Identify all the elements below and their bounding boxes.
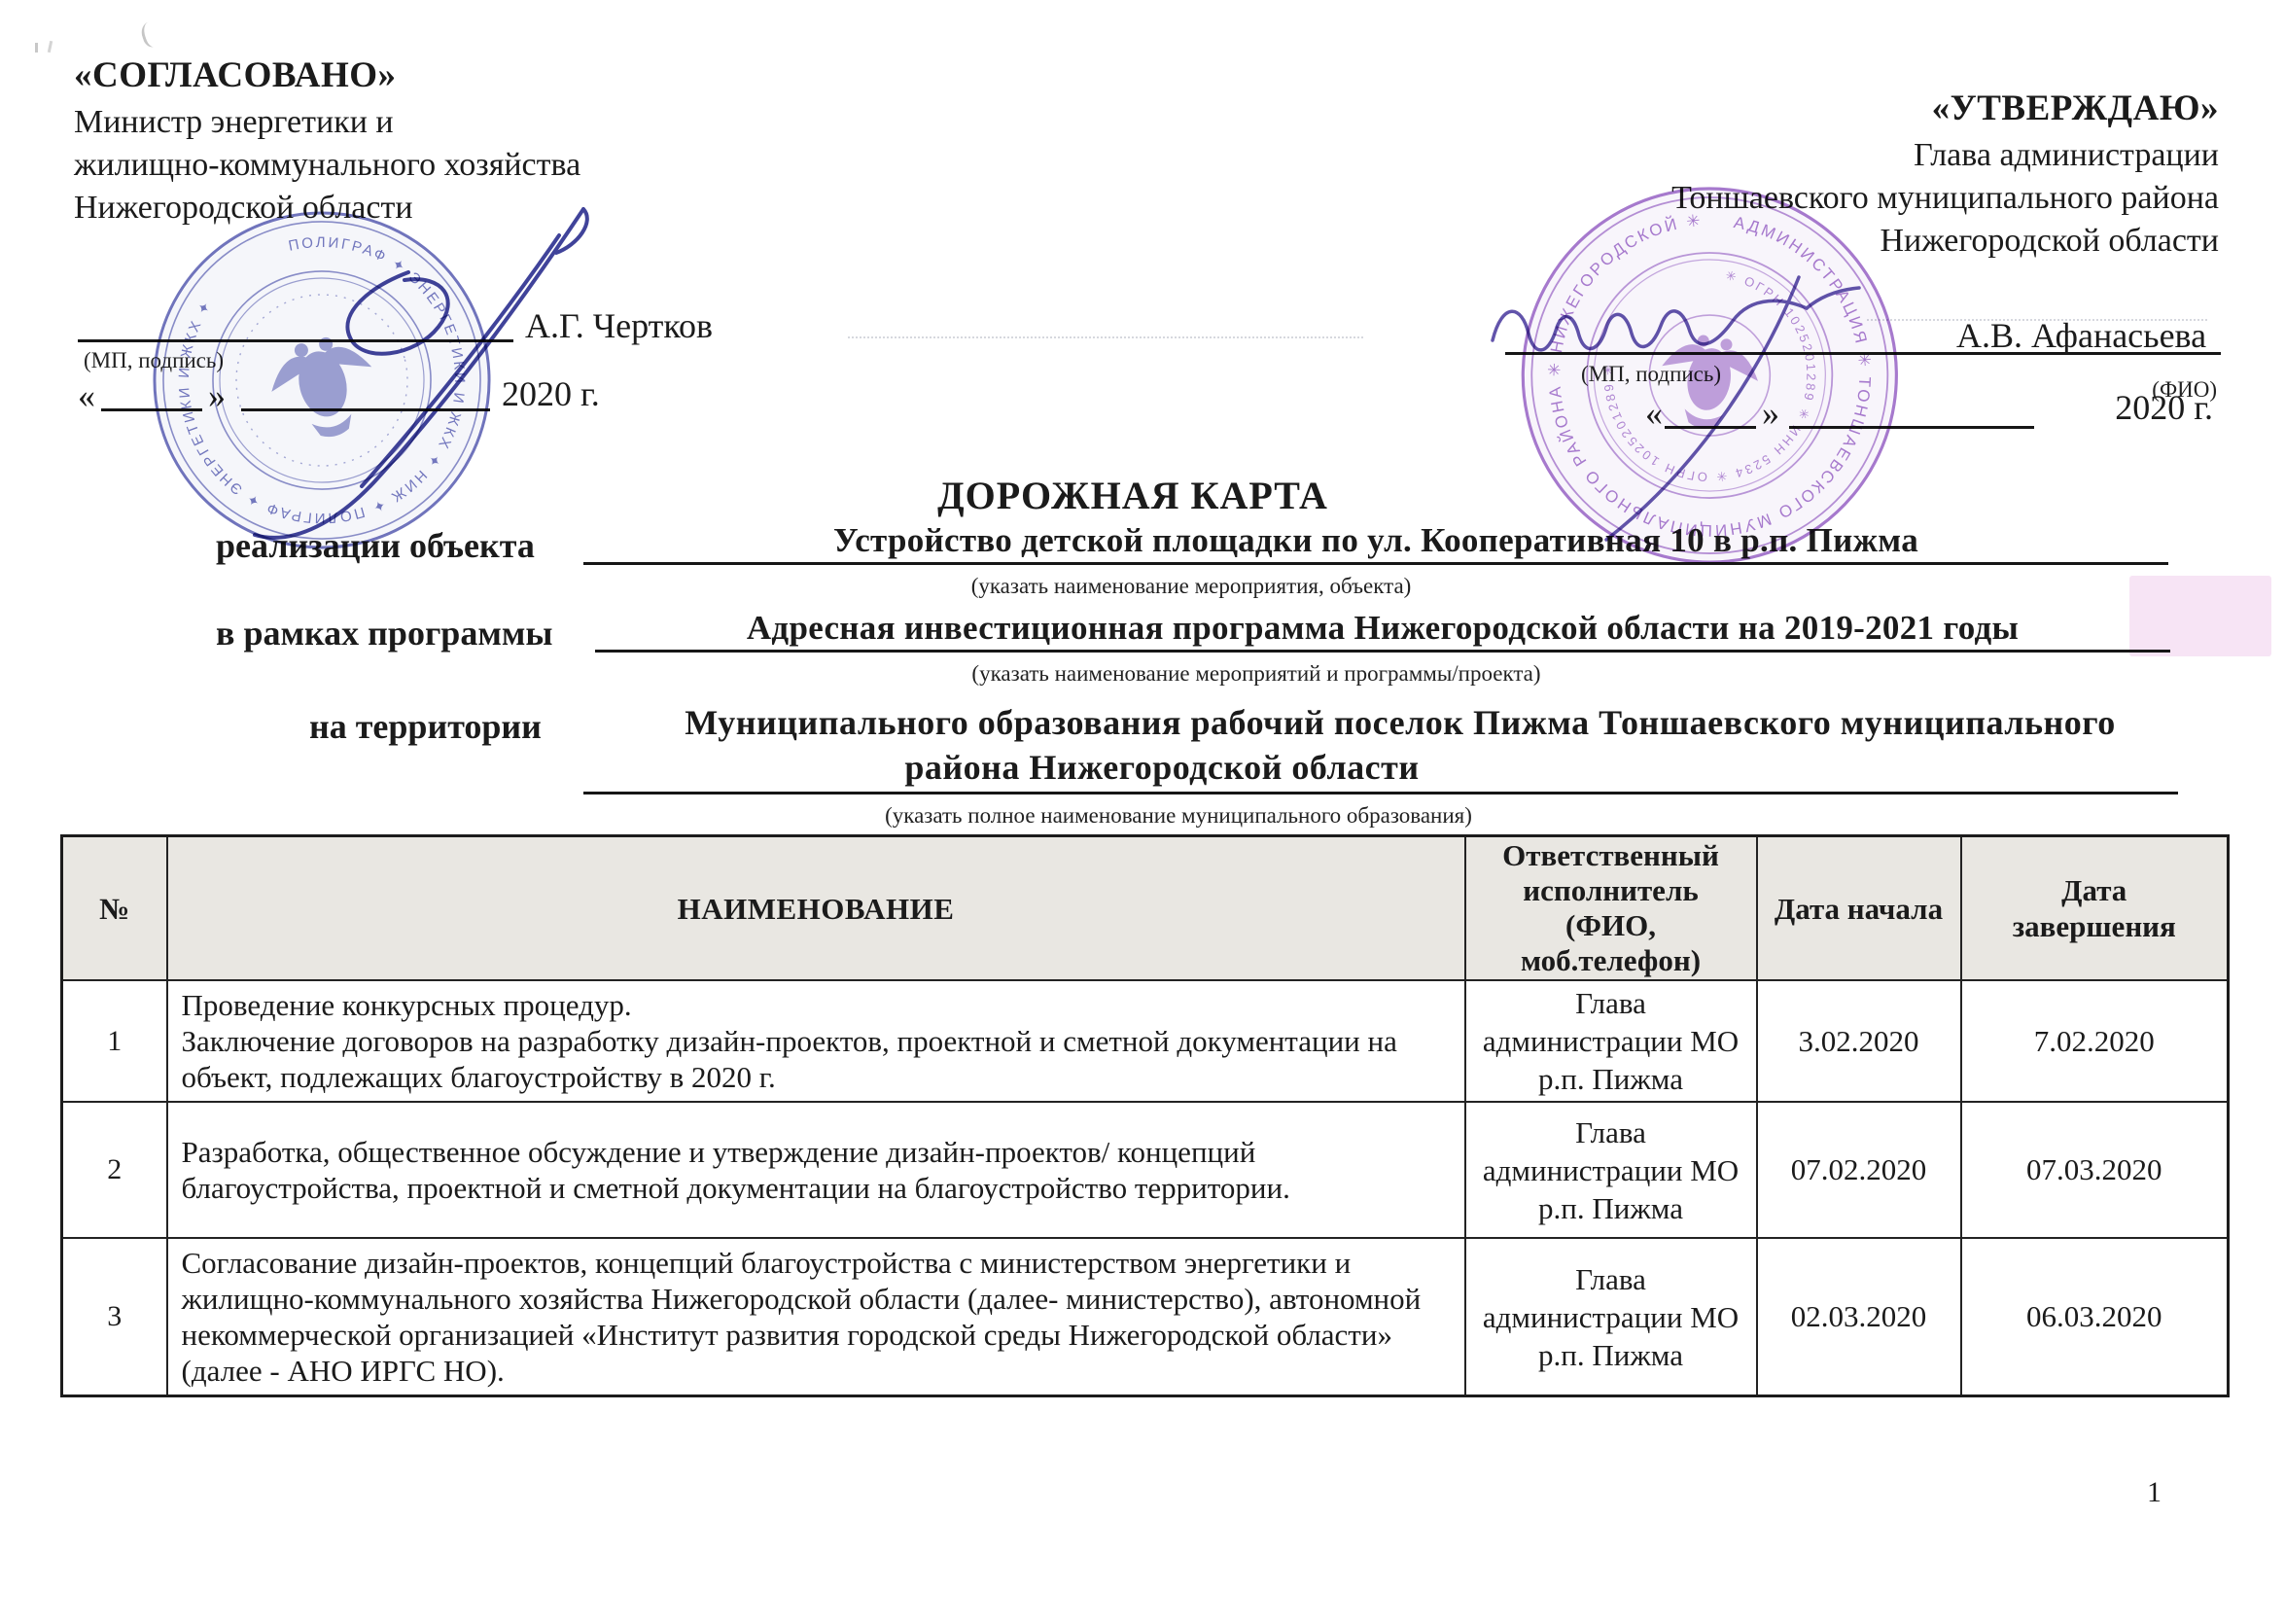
row-num: 2	[62, 1102, 167, 1238]
col-header-num: №	[62, 836, 167, 981]
agreed-title: «СОГЛАСОВАНО»	[74, 54, 397, 96]
signature-left	[214, 194, 622, 564]
col-header-executor: Ответственный исполнитель (ФИО, моб.теле…	[1465, 836, 1757, 981]
row-num: 1	[62, 980, 167, 1102]
table-header-row: № НАИМЕНОВАНИЕ Ответственный исполнитель…	[62, 836, 2229, 981]
scan-artifact	[35, 43, 38, 53]
field-value-territory-line1: Муниципального образования рабочий посел…	[583, 702, 2217, 743]
row-end-date: 06.03.2020	[1961, 1238, 2229, 1396]
signature-right	[1478, 248, 1896, 569]
row-start-date: 02.03.2020	[1757, 1238, 1961, 1396]
row-start-date: 07.02.2020	[1757, 1102, 1961, 1238]
row-executor: Глава администрации МО р.п. Пижма	[1465, 1102, 1757, 1238]
scanned-document-page: «СОГЛАСОВАНО» Министр энергетики и жилищ…	[0, 0, 2285, 1624]
row-name: Разработка, общественное обсуждение и ут…	[167, 1102, 1465, 1238]
row-name: Согласование дизайн-проектов, концепций …	[167, 1238, 1465, 1396]
scan-artifact	[138, 18, 165, 49]
field-underline	[583, 562, 2168, 565]
field-caption: (указать наименование мероприятий и прог…	[887, 661, 1626, 687]
field-label-program: в рамках программы	[216, 613, 552, 653]
year-label: 2020 г.	[2115, 387, 2213, 428]
field-value-program: Адресная инвестиционная программа Нижего…	[595, 609, 2170, 648]
page-number: 1	[2147, 1476, 2162, 1509]
table-row: 3 Согласование дизайн-проектов, концепци…	[62, 1238, 2229, 1396]
quote-open: «	[78, 375, 95, 416]
roadmap-table-wrap: № НАИМЕНОВАНИЕ Ответственный исполнитель…	[60, 834, 2230, 1397]
field-value-object: Устройство детской площадки по ул. Коопе…	[583, 521, 2168, 560]
scan-artifact	[48, 41, 53, 53]
row-num: 3	[62, 1238, 167, 1396]
roadmap-table: № НАИМЕНОВАНИЕ Ответственный исполнитель…	[60, 834, 2230, 1397]
agreed-line: Министр энергетики и	[74, 101, 394, 144]
field-underline	[583, 792, 2178, 794]
approve-title: «УТВЕРЖДАЮ»	[1932, 88, 2219, 129]
field-caption: (указать полное наименование муниципальн…	[809, 803, 1548, 829]
approve-line: Глава администрации	[1914, 134, 2219, 177]
scan-artifact	[848, 336, 1363, 338]
row-end-date: 07.03.2020	[1961, 1102, 2229, 1238]
row-start-date: 3.02.2020	[1757, 980, 1961, 1102]
field-underline	[595, 650, 2170, 653]
row-end-date: 7.02.2020	[1961, 980, 2229, 1102]
signer-name: А.В. Афанасьева	[1956, 315, 2206, 356]
field-caption: (указать наименование мероприятия, объек…	[822, 574, 1561, 599]
col-header-end: Дата завершения	[1961, 836, 2229, 981]
table-row: 2 Разработка, общественное обсуждение и …	[62, 1102, 2229, 1238]
row-name: Проведение конкурсных процедур. Заключен…	[167, 980, 1465, 1102]
field-value-territory-line2: района Нижегородской области	[583, 747, 1740, 788]
table-row: 1 Проведение конкурсных процедур. Заключ…	[62, 980, 2229, 1102]
col-header-name: НАИМЕНОВАНИЕ	[167, 836, 1465, 981]
col-header-start: Дата начала	[1757, 836, 1961, 981]
row-executor: Глава администрации МО р.п. Пижма	[1465, 980, 1757, 1102]
row-executor: Глава администрации МО р.п. Пижма	[1465, 1238, 1757, 1396]
agreed-line: жилищно-коммунального хозяйства	[74, 144, 580, 187]
field-label-territory: на территории	[309, 706, 542, 747]
